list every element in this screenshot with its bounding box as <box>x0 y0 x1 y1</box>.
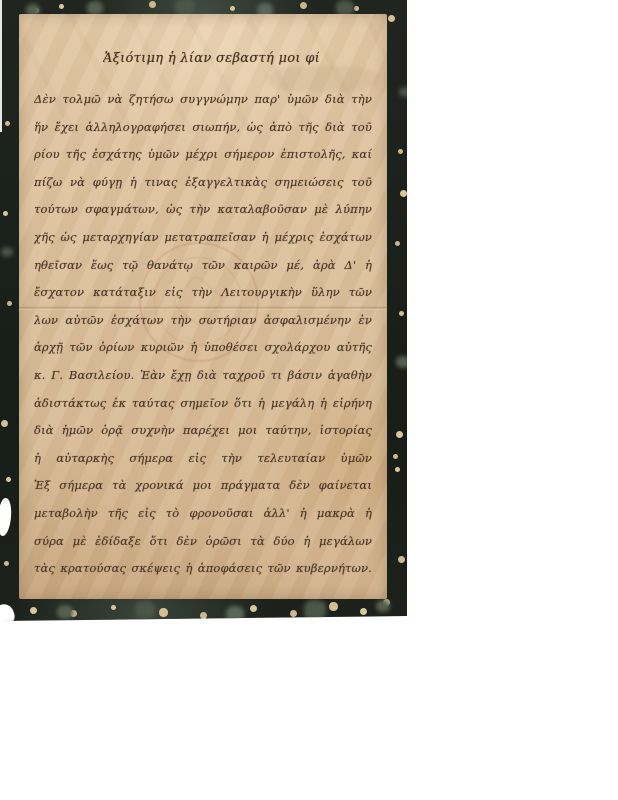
handwriting-line: ρίου τῆς ἐσχάτης ὑμῶν μέχρι σήμερον ἐπισ… <box>34 141 372 169</box>
handwriting-line: κ. Γ. Βασιλείου. Ἐὰν ἔχῃ διὰ ταχροῦ τι β… <box>34 362 372 390</box>
letter-paper: Ἀξιότιμη ἡ λίαν σεβαστή μοι φίλη, Δὲν το… <box>19 14 387 599</box>
frame-damage-chip <box>0 497 13 536</box>
scan-edge-sliver <box>0 0 2 132</box>
handwriting-line: διὰ ἡμῶν ὁρᾷ συχνὴν παρέχει μοι ταύτην, … <box>34 417 372 445</box>
handwriting-line: χῆς ὡς μεταρχηγίαν μετατραπεῖσαν ἡ μέχρι… <box>34 224 372 252</box>
handwriting-line: ἔσχατον κατάταξιν εἰς τὴν Λειτουργικὴν ὕ… <box>34 279 372 307</box>
handwriting-line: τούτων σφαγμάτων, ὡς τὴν καταλαβοῦσαν μὲ… <box>34 196 372 224</box>
handwriting-line: ἥν ἔχει ἀλληλογραφήσει σιωπήν, ὡς ἀπὸ τῆ… <box>34 114 372 142</box>
handwriting-line: λων αὐτῶν ἐσχάτων τὴν σωτήριαν ἀσφαλισμέ… <box>34 307 372 335</box>
handwriting-line: πίζω νὰ φύγῃ ἡ τινας ἐξαγγελτικὰς σημειώ… <box>34 169 372 197</box>
handwriting-line: Δὲν τολμῶ νὰ ζητήσω συγγνώμην παρ' ὑμῶν … <box>34 86 372 114</box>
letter-scan: Ἀξιότιμη ἡ λίαν σεβαστή μοι φίλη, Δὲν το… <box>0 0 407 621</box>
handwriting-line: ἀρχῇ τῶν ὁρίων κυριῶν ἡ ὑποθέσει σχολάρχ… <box>34 334 372 362</box>
handwriting-line: τὰς κρατούσας σκέψεις ἡ ἀποφάσεις τῶν κυ… <box>34 555 372 583</box>
handwriting-line: Ἐξ σήμερα τὰ χρονικά μοι πράγματα δὲν φα… <box>34 472 372 500</box>
handwriting-line: ἀδιστάκτως ἐκ ταύτας σημεῖον ὅτι ἡ μεγάλ… <box>34 390 372 418</box>
salutation-line: Ἀξιότιμη ἡ λίαν σεβαστή μοι φίλη, <box>103 51 319 75</box>
scan-background: { "scan": { "description": "aged handwri… <box>0 0 618 800</box>
handwriting-body: Δὲν τολμῶ νὰ ζητήσω συγγνώμην παρ' ὑμῶν … <box>34 86 372 586</box>
handwriting-line: ηθεῖσαν ἕως τῷ θανάτῳ τῶν καιρῶν μέ, ἀρὰ… <box>34 252 372 280</box>
handwriting-line: ἡ αὐταρκὴς σήμερα εἰς τὴν τελευταίαν ὑμῶ… <box>34 445 372 473</box>
handwriting-line: σύρα μὲ ἐδίδαξε ὅτι δὲν ὁρῶσι τὰ δύο ἡ μ… <box>34 528 372 556</box>
frame-damage-chip-corner <box>0 602 16 626</box>
handwriting-line: μεταβολὴν τῆς εἰς τὸ φρονοῦσαι ἀλλ' ἡ μα… <box>34 500 372 528</box>
